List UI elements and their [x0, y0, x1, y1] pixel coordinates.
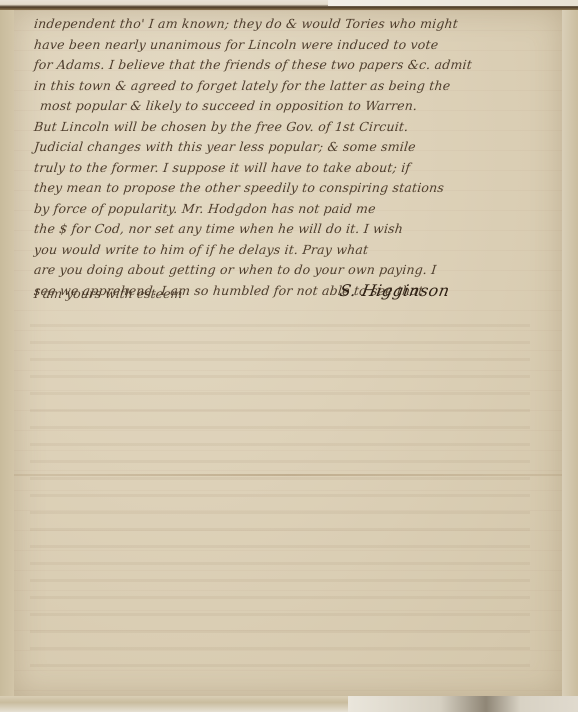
letter-line: you would write to him of if he delays i… — [33, 240, 555, 261]
paper-fold-crease — [14, 474, 562, 476]
right-page-edge — [562, 10, 578, 696]
letter-body: independent tho' I am known; they do & w… — [34, 14, 554, 301]
ink-bleed-through — [30, 310, 530, 680]
letter-line: are you doing about getting or when to d… — [33, 260, 555, 281]
letter-line: for Adams. I believe that the friends of… — [33, 55, 555, 76]
letter-line: by force of popularity. Mr. Hodgdon has … — [33, 199, 555, 220]
letter-line: the $ for Cod, nor set any time when he … — [33, 219, 555, 240]
left-page-edge — [0, 10, 14, 696]
letter-signature: S. Higginson — [338, 281, 451, 300]
letter-line: have been nearly unanimous for Lincoln w… — [33, 35, 555, 56]
letter-line: Judicial changes with this year less pop… — [33, 137, 555, 158]
letter-line: they mean to propose the other speedily … — [33, 178, 555, 199]
letter-line: But Lincoln will be chosen by the free G… — [33, 117, 555, 138]
scanner-bed-bottom — [348, 696, 578, 712]
letter-line: truly to the former. I suppose it will h… — [33, 158, 555, 179]
letter-line: most popular & likely to succeed in oppo… — [33, 96, 555, 117]
scanner-bed-top — [328, 0, 578, 6]
letter-line: in this town & agreed to forget lately f… — [33, 76, 555, 97]
letter-line: independent tho' I am known; they do & w… — [33, 14, 555, 35]
letter-closing: I am yours with esteem — [33, 286, 183, 301]
scanned-letter-page: independent tho' I am known; they do & w… — [0, 0, 578, 712]
